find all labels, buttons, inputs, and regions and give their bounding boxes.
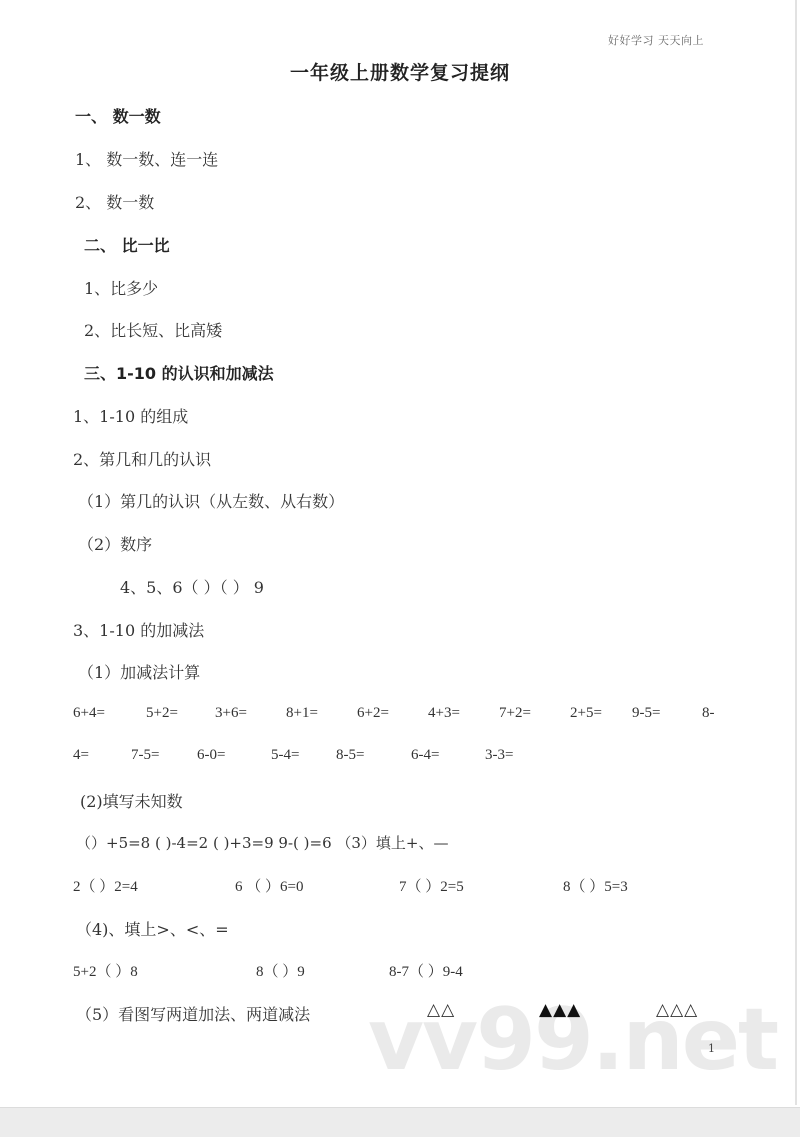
document-page: 好好学习 天天向上 一年级上册数学复习提纲 一、 数一数 1、 数一数、连一连 …: [0, 0, 797, 1105]
sign-item: 2（ ）2=4: [73, 875, 138, 896]
section-3-item-3a: （1）加减法计算: [78, 660, 200, 683]
section-3-item-3d: （4)、填上>、<、=: [76, 917, 229, 940]
calc-item: 8+1=: [286, 705, 318, 722]
compare-item: 5+2（ ）8: [73, 960, 138, 981]
section-1-item-2: 2、 数一数: [75, 190, 154, 213]
calc-item: 3-3=: [485, 747, 513, 764]
section-3-item-2: 2、第几和几的认识: [73, 447, 211, 470]
sign-item: 8（ ）5=3: [563, 875, 628, 896]
section-3-item-3e: （5）看图写两道加法、两道减法: [76, 1002, 310, 1025]
page-number: 1: [708, 1042, 715, 1055]
hollow-triangles-icon: △△: [427, 1000, 455, 1020]
calc-item: 8-: [702, 705, 715, 722]
compare-item: 8（ ）9: [256, 960, 305, 981]
calc-item: 3+6=: [215, 705, 247, 722]
calc-item: 8-5=: [336, 747, 364, 764]
section-3-item-2b: （2）数序: [78, 532, 152, 555]
calc-item: 9-5=: [632, 705, 660, 722]
calc-item: 4+3=: [428, 705, 460, 722]
calc-item: 6+4=: [73, 705, 105, 722]
section-1-heading: 一、 数一数: [75, 104, 161, 127]
section-3-heading: 三、1-10 的认识和加减法: [84, 361, 274, 384]
sign-item: 7（ ）2=5: [399, 875, 464, 896]
hollow-triangles-icon: △△△: [656, 1000, 698, 1020]
calc-item: 6+2=: [357, 705, 389, 722]
section-3-item-3b: (2)填写未知数: [80, 789, 183, 812]
section-2-item-2: 2、比长短、比高矮: [84, 318, 222, 341]
calc-item: 7-5=: [131, 747, 159, 764]
viewer-bottom-bar: [0, 1107, 800, 1137]
section-3-item-3: 3、1-10 的加减法: [73, 618, 204, 641]
filled-triangles-icon: ▲▲▲: [539, 1000, 581, 1020]
number-sequence: 4、5、6（ ）（ ） 9: [120, 575, 264, 598]
section-2-heading: 二、 比一比: [84, 233, 170, 256]
sign-item: 6 （ ）6=0: [235, 875, 303, 896]
section-3-item-1: 1、1-10 的组成: [73, 404, 188, 427]
calc-item: 2+5=: [570, 705, 602, 722]
calc-item: 7+2=: [499, 705, 531, 722]
page-title: 一年级上册数学复习提纲: [0, 58, 800, 85]
calc-item: 5+2=: [146, 705, 178, 722]
section-3-item-2a: （1）第几的认识（从左数、从右数）: [78, 489, 344, 512]
calc-item: 6-0=: [197, 747, 225, 764]
calc-item: 4=: [73, 747, 89, 764]
section-2-item-1: 1、比多少: [84, 276, 158, 299]
calc-item: 5-4=: [271, 747, 299, 764]
header-note: 好好学习 天天向上: [608, 32, 704, 48]
section-1-item-1: 1、 数一数、连一连: [75, 147, 218, 170]
calc-item: 6-4=: [411, 747, 439, 764]
unknown-number-row: （）+5=8 ( )-4=2 ( )+3=9 9-( )=6 （3）填上+、—: [76, 832, 449, 853]
compare-item: 8-7（ ）9-4: [389, 960, 463, 981]
